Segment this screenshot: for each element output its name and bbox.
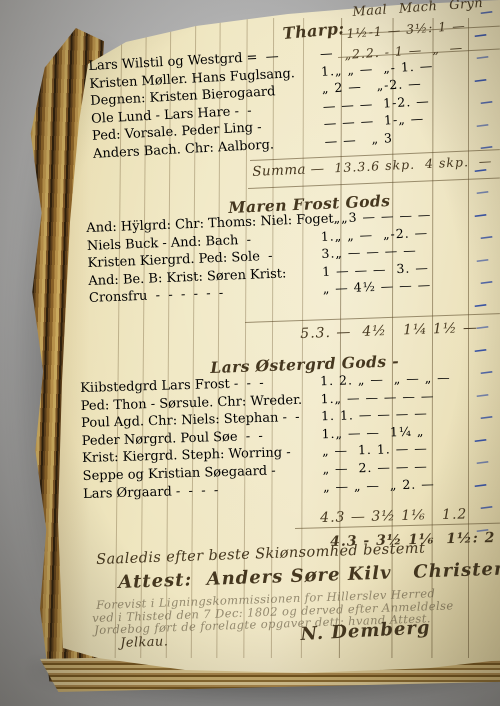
blue-dash-mark: — — [479, 410, 493, 424]
photo-of-ledger-page: Maal Mach Gryn Tharp: 1½-1 — 3½: 1 — „2.… — [0, 0, 500, 706]
blue-dash-mark: — — [475, 185, 489, 199]
blue-dash-mark: — — [479, 500, 493, 514]
blue-dash-mark: — — [473, 433, 487, 447]
blue-dash-mark: — — [479, 5, 493, 19]
blue-dash-mark: — — [479, 275, 493, 289]
column-header-mach: Mach — [398, 0, 437, 17]
place-name: Jelkau. — [120, 634, 168, 651]
blue-dash-mark: — — [479, 95, 493, 109]
blue-dash-mark: — — [475, 455, 489, 469]
blue-check-marks-column: — — — — — — — — — — — — — — — — — — — — … — [474, 6, 500, 646]
blue-dash-mark: — — [473, 208, 487, 222]
row-values: 1.„ — — — — — — [320, 387, 472, 406]
row-values: 1. 1. — — — — — [321, 404, 473, 423]
blue-dash-mark: — — [479, 140, 493, 154]
section-lars-ostergrd-rows: Kiibstedgrd Lars Frost - - -1. 2. „ — „ … — [80, 369, 475, 503]
blue-dash-mark: — — [473, 478, 487, 492]
blue-dash-mark: — — [475, 388, 489, 402]
blue-dash-mark: — — [473, 298, 487, 312]
blue-dash-mark: — — [475, 50, 489, 64]
row-values: 1. 2. „ — „ — „ — — [320, 369, 472, 388]
sum-label: Summa — — [252, 161, 325, 180]
blue-dash-mark: — — [473, 343, 487, 357]
row-values: „ — „ — „ 2. — — [323, 475, 475, 494]
blue-dash-mark: — — [479, 365, 493, 379]
blue-dash-mark: — — [473, 163, 487, 177]
blue-dash-mark: — — [473, 73, 487, 87]
row-values: „ — 1. 1. — — — [322, 439, 474, 458]
row-values: „ — 2. — — — — [322, 457, 474, 476]
column-header-maal: Maal — [352, 3, 388, 20]
sum-rule — [248, 177, 500, 189]
row-values: 1.„ — — 1¼ „ — [321, 422, 473, 441]
blue-dash-mark: — — [475, 253, 489, 267]
blue-dash-mark: — — [473, 28, 487, 42]
blue-dash-mark: — — [475, 118, 489, 132]
blue-dash-mark: — — [479, 230, 493, 244]
blue-dash-mark: — — [475, 523, 489, 537]
section-maren-frost-rows: And: Hÿlgrd: Chr: Thoms: Niel: Foget„„3 … — [86, 205, 475, 308]
section-tharp-rows: Lars Wilstil og Westgrd = —— Kristen Møl… — [88, 38, 477, 164]
blue-dash-mark: — — [475, 320, 489, 334]
